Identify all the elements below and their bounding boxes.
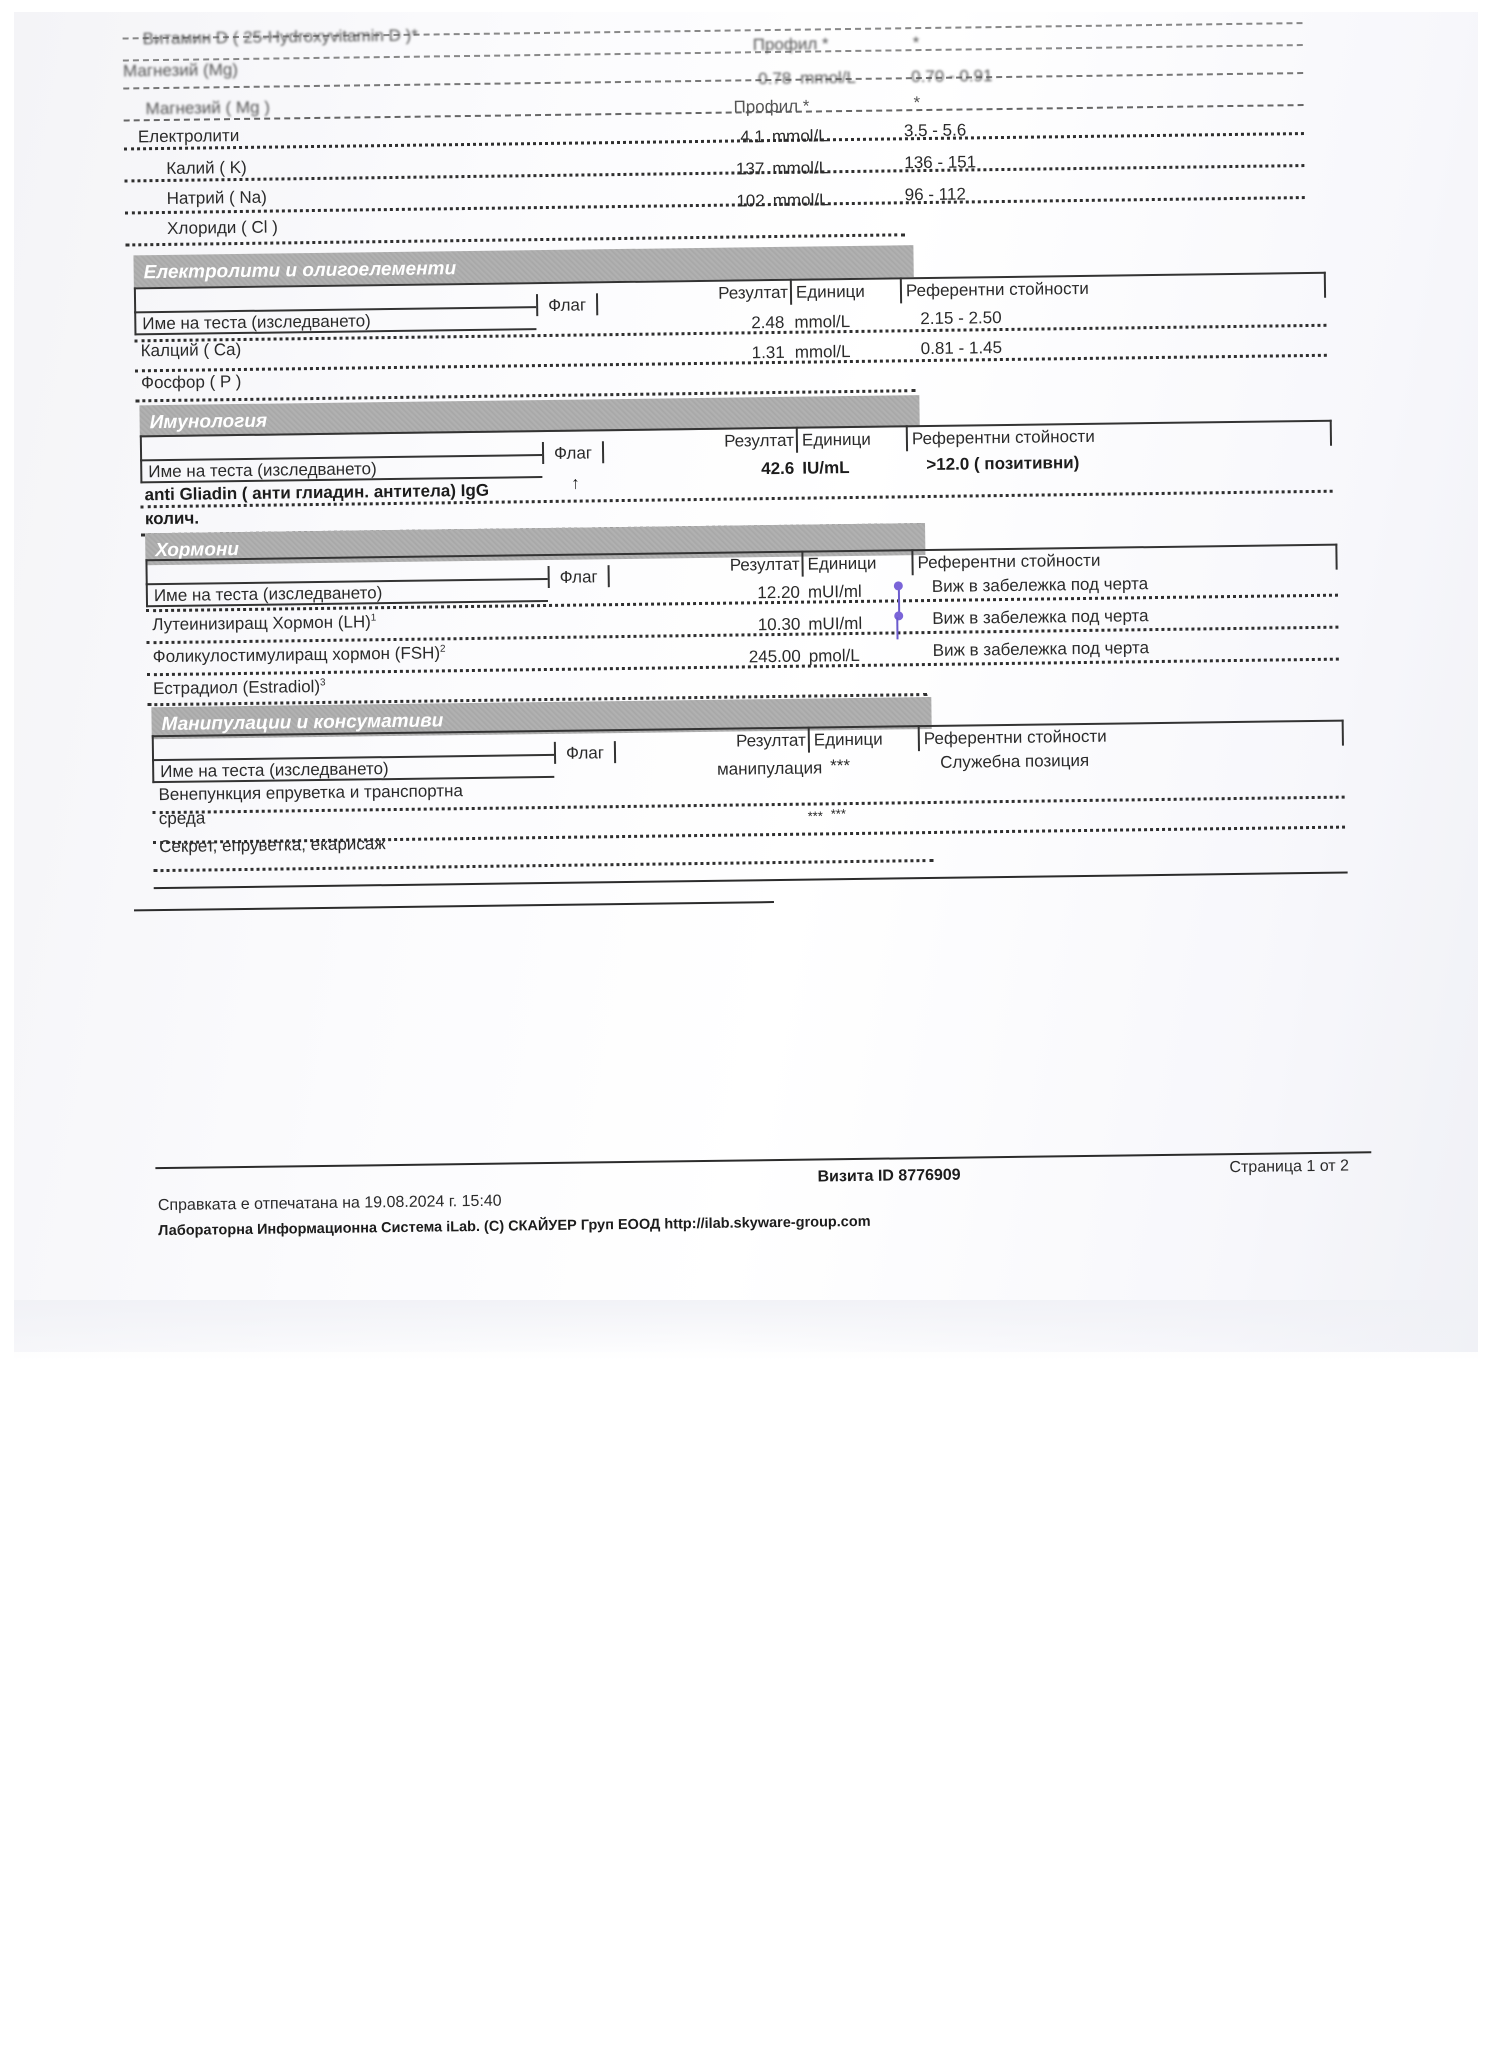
test-reference: * [913,33,920,53]
column-header-reference: Референтни стойности [906,421,1206,451]
test-name: Калций ( Ca) [141,340,242,361]
test-reference: Виж в забележка под черта [932,574,1149,597]
footnote-marker: 1 [371,613,377,624]
top-section: Витамин D ( 25-Hydroxyvitamin D )* Магне… [0,0,1481,9]
column-header-units: Единици [796,425,906,452]
test-name: Венепункция епруветка и транспортна [158,781,463,805]
column-header-result: Резултат [598,279,790,308]
footnote-marker: 3 [320,677,326,688]
test-name: Фоликулостимулиращ хормон (FSH)2 [153,643,446,667]
test-result: Профил * [733,97,809,118]
column-header-reference: Референтни стойности [911,545,1211,575]
test-result: манипулация [652,758,822,780]
test-units: mmol/L [773,190,829,211]
column-header-flag: Флаг [542,441,604,464]
flag-high-arrow-icon: ↑ [544,473,606,494]
page-end-rule [134,901,774,911]
section-manipulations: Манипулации и консумативи Име на теста (… [0,0,1481,9]
column-header-result: Резултат [604,427,796,456]
column-header-units: Единици [790,277,900,304]
test-result: Профил * [753,34,829,55]
test-result: 137 [644,159,764,181]
test-units: mmol/L [800,68,856,89]
test-reference: 0.70 - 0.91 [911,66,993,87]
visit-id: Визита ID 8776909 [817,1167,960,1187]
test-reference: * [913,93,920,113]
test-result: 102 [645,191,765,213]
section-electrolytes: Електролити и олигоелементи Име на теста… [0,0,1481,9]
test-units: mmol/L [772,126,828,147]
column-header-result: Резултат [609,551,801,580]
test-reference: 0.81 - 1.45 [921,338,1003,359]
test-name: Натрий ( Na) [167,188,267,209]
page-footer: Справката е отпечатана на 19.08.2024 г. … [0,0,1481,9]
test-name: Магнезий (Mg) [123,60,238,82]
pen-mark-dot [894,581,903,590]
test-reference: Служебна позиция [940,751,1089,773]
column-header-name: Име на теста (изследването) [152,754,554,783]
test-reference: Виж в забележка под черта [932,606,1149,629]
column-header-reference: Референтни стойности [900,273,1200,303]
column-header-units: Единици [808,725,918,752]
test-reference: 3.5 - 5.6 [904,120,967,141]
column-header-flag: Флаг [536,293,598,316]
test-reference: 2.15 - 2.50 [920,308,1002,329]
column-header-name: Име на теста (изследването) [140,454,542,483]
test-result: 4.1 [644,127,764,149]
test-name-continued: колич. [145,509,199,530]
footer-rule [155,1151,1371,1169]
test-reference: 136 - 151 [904,152,976,173]
test-name: Електролити [138,126,240,147]
system-credit: Лабораторна Информационна Система iLab. … [158,1214,871,1239]
test-units: mmol/L [772,158,828,179]
test-reference: 96 - 112 [905,184,966,205]
section-immunology: Имунология Име на теста (изследването) Ф… [0,0,1481,9]
footnote-marker: 2 [440,644,446,655]
test-name: Естрадиол (Estradiol)3 [153,677,326,699]
test-result: *** [753,808,823,824]
test-units: *** [830,756,850,776]
lab-report: Витамин D ( 25-Hydroxyvitamin D )* Магне… [0,0,1489,1309]
test-units: *** [831,806,846,821]
column-header-units: Единици [801,549,911,576]
test-result: 42.6 [674,459,794,481]
paper-shadow [14,1300,1478,1360]
test-reference: >12.0 ( позитивни) [926,453,1079,475]
page-number: Страница 1 от 2 [1229,1158,1349,1178]
test-name: Магнезий ( Mg ) [145,98,270,120]
section-hormones: Хормони Име на теста (изследването) Флаг… [0,0,1481,9]
table-end-rule [154,872,1348,890]
column-header-flag: Флаг [554,741,616,764]
divider [153,859,933,872]
column-header-flag: Флаг [548,565,610,588]
column-header-result: Резултат [616,727,808,756]
test-name: Хлориди ( Cl ) [167,217,278,238]
column-header-reference: Референтни стойности [918,721,1218,751]
test-name: Витамин D ( 25-Hydroxyvitamin D )* [142,26,418,50]
test-name: Фосфор ( P ) [141,372,242,393]
test-name: Лутеинизиращ Хормон (LH)1 [152,612,376,635]
pen-mark-line-icon [896,617,898,639]
test-reference: Виж в забележка под черта [933,638,1150,661]
test-units: IU/mL [802,458,849,479]
test-name: Калий ( K) [166,158,247,179]
printed-date: Справката е отпечатана на 19.08.2024 г. … [158,1193,502,1215]
column-header-name: Име на теста (изследването) [134,306,536,335]
test-result: 0.78 [758,69,791,89]
